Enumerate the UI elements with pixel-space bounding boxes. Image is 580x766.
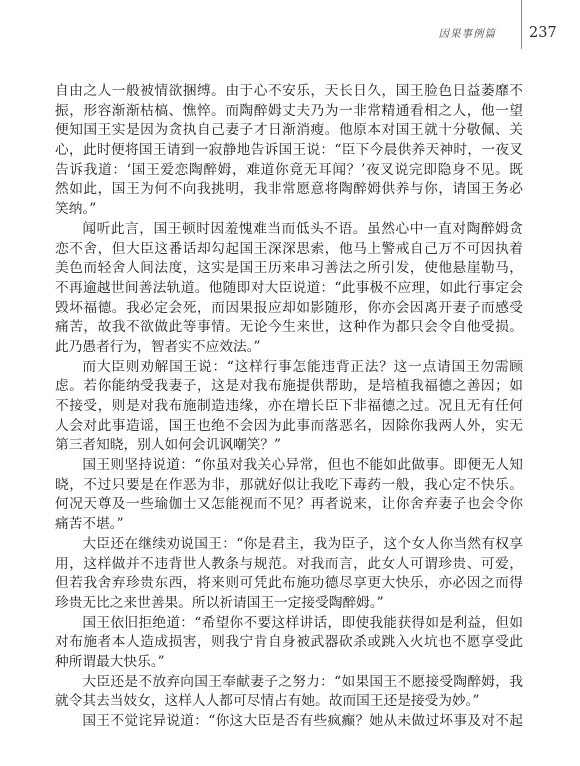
text-line: 国王不觉诧异说道：“你这大臣是否有些疯癫？她从未做过坏事及对不起 xyxy=(55,712,523,732)
text-line: 心，此时便将国王请到一寂静地告诉国王说：“臣下今晨供养天神时，一夜叉 xyxy=(55,141,523,161)
text-line: 然如此，国王为何不向我挑明，我非常愿意将陶醉姆供养与你，请国王务必 xyxy=(55,180,523,200)
text-line: 振，形容渐渐枯槁、憔悴。而陶醉姆丈夫乃为一非常精通看相之人，他一望 xyxy=(55,102,523,122)
text-line: 何况天尊及一些瑜伽士又怎能视而不见？再者说来，让你舍弃妻子也会令你 xyxy=(55,495,523,515)
body-text-block: 自由之人一般被情欲捆缚。由于心不安乐，天长日久，国王脸色日益萎靡不振，形容渐渐枯… xyxy=(55,82,523,732)
running-head-section-title: 因果事例篇 xyxy=(439,29,497,40)
text-line: 告诉我道：‘国王爱恋陶醉姆，难道你竟无耳闻？’夜叉说完即隐身不见。既 xyxy=(55,161,523,181)
text-line: 用，这样做并不违背世人教条与规范。对我而言，此女人可谓珍贵、可爱， xyxy=(55,555,523,575)
header-divider-line xyxy=(521,0,522,49)
text-line: 对布施者本人造成损害，则我宁肯自身被武器砍杀或跳入火坑也不愿享受此 xyxy=(55,633,523,653)
text-line: 此乃愚者行为，智者实不应效法。” xyxy=(55,338,523,358)
text-line: 痛苦，故我不欲做此等事情。无论今生来世，这种作为都只会令自他受损。 xyxy=(55,318,523,338)
page-number: 237 xyxy=(529,26,557,41)
text-line: 但若我舍弃珍贵东西，将来则可凭此布施功德尽享更大快乐，亦必因之而得 xyxy=(55,574,523,594)
text-line: 国王依旧拒绝道：“希望你不要这样讲话，即使我能获得如是利益，但如 xyxy=(55,614,523,634)
text-line: 自由之人一般被情欲捆缚。由于心不安乐，天长日久，国王脸色日益萎靡不 xyxy=(55,82,523,102)
text-line: 种所谓最大快乐。” xyxy=(55,653,523,673)
text-line: 笑纳。” xyxy=(55,200,523,220)
text-line: 痛苦不堪。” xyxy=(55,515,523,535)
text-line: 毁坏福德。我必定会死，而因果报应却如影随形，你亦会因离开妻子而感受 xyxy=(55,299,523,319)
text-line: 珍贵无比之来世善果。所以祈请国王一定接受陶醉姆。” xyxy=(55,594,523,614)
text-line: 恋不舍，但大臣这番话却勾起国王深深思索，他马上警戒自己万不可因执着 xyxy=(55,240,523,260)
text-line: 不再逾越世间善法轨道。他随即对大臣说道：“此事极不应理，如此行事定会 xyxy=(55,279,523,299)
text-line: 国王则坚持说道：“你虽对我关心异常，但也不能如此做事。即便无人知 xyxy=(55,456,523,476)
text-line: 大臣还是不放弃向国王奉献妻子之努力：“如果国王不愿接受陶醉姆，我 xyxy=(55,673,523,693)
text-line: 不接受，则是对我布施制造违缘，亦在增长臣下非福德之过。况且无有任何 xyxy=(55,397,523,417)
text-line: 就令其去当妓女，这样人人都可尽情占有她。故而国王还是接受为妙。” xyxy=(55,692,523,712)
book-page: 因果事例篇 237 自由之人一般被情欲捆缚。由于心不安乐，天长日久，国王脸色日益… xyxy=(0,0,580,766)
text-line: 虑。若你能纳受我妻子，这是对我布施提供帮助，是培植我福德之善因；如 xyxy=(55,377,523,397)
text-line: 闻听此言，国王顿时因羞愧难当而低头不语。虽然心中一直对陶醉姆贪 xyxy=(55,220,523,240)
text-line: 晓，不过只要是在作恶为非，那就好似让我吃下毒药一般，我心定不快乐。 xyxy=(55,476,523,496)
text-line: 美色而轻舍人间法度，这实是国王历来串习善法之所引发，使他悬崖勒马， xyxy=(55,259,523,279)
text-line: 便知国王实是因为贪执自己妻子才日渐消瘦。他原本对国王就十分敬佩、关 xyxy=(55,121,523,141)
text-line: 大臣还在继续劝说国王：“你是君主，我为臣子，这个女人你当然有权享 xyxy=(55,535,523,555)
text-line: 第三者知晓，别人如何会讥讽嘲笑？” xyxy=(55,436,523,456)
text-line: 人会对此事造谣，国王也绝不会因为此事而落恶名，因除你我两人外，实无 xyxy=(55,417,523,437)
text-line: 而大臣则劝解国王说：“这样行事怎能违背正法？这一点请国王勿需顾 xyxy=(55,358,523,378)
